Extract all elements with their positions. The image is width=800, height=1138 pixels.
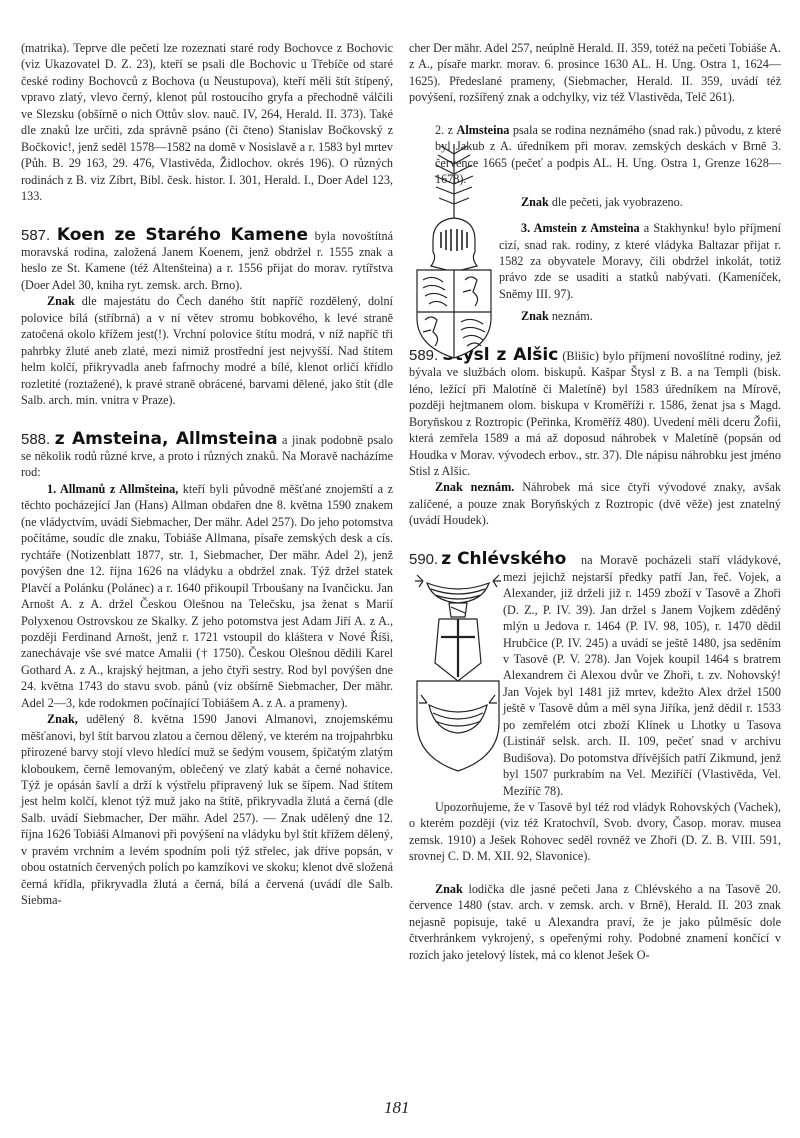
sub-label: Almsteina	[457, 123, 510, 137]
entry-number: 588.	[21, 431, 50, 448]
znak-label: Znak neznám.	[435, 480, 514, 494]
znak-text: lodička dle jasné pečeti Jana z Chlévské…	[409, 882, 781, 962]
sub-prefix: 2. z	[435, 123, 457, 137]
sub-label: 3. Amstein z Amsteina	[521, 221, 640, 235]
continuation-paragraph: cher Der mähr. Adel 257, neúplně Herald.…	[409, 40, 781, 106]
entry-589: 589. Štysl z Alšic (Blišic) bylo příjmen…	[409, 347, 781, 480]
entry-590-znak: Znak lodička dle jasné pečeti Jana z Chl…	[409, 881, 781, 963]
znak-text: neznám.	[549, 309, 593, 323]
znak-label: Znak	[521, 309, 549, 323]
entry-588-sub2-block: 2. z Almsteina psala se rodina neznámého…	[409, 122, 781, 325]
znak-label: Znak	[521, 195, 549, 209]
entry-588: 588. z Amsteina, Allmsteina a jinak podo…	[21, 431, 393, 481]
entry-588-sub1: 1. Allmanů z Allmšteina, kteří byli půvo…	[21, 481, 393, 711]
entry-590-note: Upozorňujeme, že v Tasově byl též rod vl…	[409, 799, 781, 865]
entry-title: Koen ze Starého Kamene	[57, 225, 308, 245]
entry-587: 587. Koen ze Starého Kamene byla novoští…	[21, 227, 393, 294]
left-column: (matrika). Teprve dle pečetí lze rozezna…	[21, 40, 393, 909]
entry-text: (Blišic) bylo příjmení novošlítné rodiny…	[409, 349, 781, 478]
right-column: cher Der mähr. Adel 257, neúplně Herald.…	[409, 40, 781, 963]
page-number: 181	[384, 1098, 410, 1118]
entry-number: 587.	[21, 227, 50, 244]
znak-label: Znak	[435, 882, 463, 896]
entry-title: z Chlévského	[441, 549, 566, 569]
coat-of-arms-chlevsky-icon	[413, 573, 503, 773]
entry-588-znak: Znak, udělený 8. května 1590 Janovi Alma…	[21, 711, 393, 908]
sub-label: 1. Allmanů z Allmšteina,	[47, 482, 178, 496]
entry-589-znak: Znak neznám. Náhrobek má sice čtyři vývo…	[409, 479, 781, 528]
znak-label: Znak	[47, 294, 75, 308]
znak-text: dle majestátu do Čech daného štít napříč…	[21, 294, 393, 407]
sub-text: kteří byli původně měšťané znojemští a z…	[21, 482, 393, 710]
znak-label: Znak,	[47, 712, 78, 726]
entry-number: 590.	[409, 551, 438, 568]
document-page: (matrika). Teprve dle pečetí lze rozezna…	[0, 0, 800, 1138]
coat-of-arms-amstein-icon	[411, 140, 497, 362]
intro-paragraph: (matrika). Teprve dle pečetí lze rozezna…	[21, 40, 393, 205]
znak-text: dle pečeti, jak vyobrazeno.	[549, 195, 683, 209]
entry-590-block: 590. z Chlévského na Moravě pocházeli st…	[409, 551, 781, 963]
entry-587-znak: Znak dle majestátu do Čech daného štít n…	[21, 293, 393, 408]
entry-title: z Amsteina, Allmsteina	[55, 429, 278, 449]
znak-text: udělený 8. května 1590 Janovi Almanovi, …	[21, 712, 393, 907]
